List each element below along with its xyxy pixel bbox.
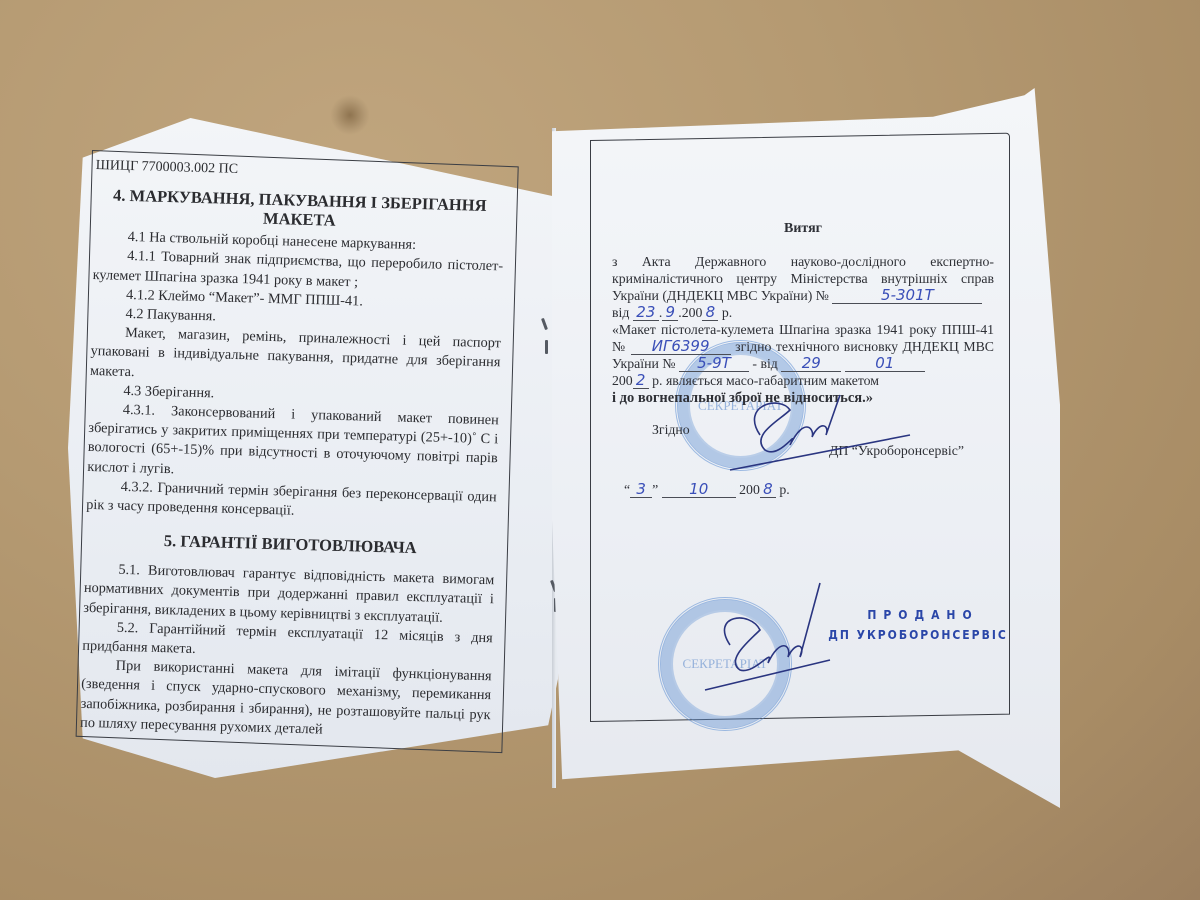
year-prefix: 200 <box>682 305 703 320</box>
year-suffix: р. <box>722 305 732 320</box>
conclusion-day-handwritten: 29 <box>781 356 841 372</box>
sign-month-handwritten: 10 <box>662 482 736 498</box>
photo-scene: ШИЦГ 7700003.002 ПС 4. МАРКУВАННЯ, ПАКУВ… <box>0 0 1200 900</box>
act-number-handwritten: 5-301Т <box>832 288 982 304</box>
sold-stamp-line2: ДП УКРОБОРОНСЕРВІС <box>818 625 1018 645</box>
year-suffix-3: р. <box>779 482 789 497</box>
section-5-title: 5. ГАРАНТІЇ ВИГОТОВЛЮВАЧА <box>85 529 495 559</box>
serial-number-handwritten: ИГ6399 <box>631 339 731 355</box>
extract-title: Витяг <box>612 220 994 237</box>
sold-stamp-line1: ПРОДАНО <box>818 605 1018 625</box>
section-4-title: 4. МАРКУВАННЯ, ПАКУВАННЯ І ЗБЕРІГАННЯ МА… <box>94 185 505 234</box>
act-month-handwritten: 9 <box>662 305 678 321</box>
table-surface-mark <box>330 95 370 135</box>
year-prefix-3: 200 <box>739 482 760 497</box>
sign-year-handwritten: 8 <box>760 482 776 498</box>
paragraph-warning: При використанні макета для імітації фун… <box>80 656 492 744</box>
signature-date: “3” 10 2008 р. <box>612 481 994 498</box>
left-page-content: ШИЦГ 7700003.002 ПС 4. МАРКУВАННЯ, ПАКУВ… <box>80 156 506 744</box>
from-label: від <box>612 305 629 320</box>
act-day-handwritten: 23 <box>633 305 659 321</box>
conclusion-number-handwritten: 5-9Т <box>679 356 749 372</box>
staple-top-2 <box>545 340 548 354</box>
conclusion-month-handwritten: 01 <box>845 356 925 372</box>
year-prefix-2: 200 <box>612 373 633 388</box>
paragraph-4-3-1: 4.3.1. Законсервований і упакований маке… <box>87 400 499 488</box>
sold-stamp: ПРОДАНО ДП УКРОБОРОНСЕРВІС <box>818 605 1018 645</box>
act-paragraph: з Акта Державного науково-дослідного екс… <box>612 253 994 321</box>
signature-upper-icon <box>720 375 920 475</box>
act-year-handwritten: 8 <box>702 305 718 321</box>
conclusion-from-label: - від <box>752 356 777 371</box>
sign-day-handwritten: 3 <box>630 482 652 498</box>
conclusion-year-handwritten: 2 <box>633 373 649 389</box>
